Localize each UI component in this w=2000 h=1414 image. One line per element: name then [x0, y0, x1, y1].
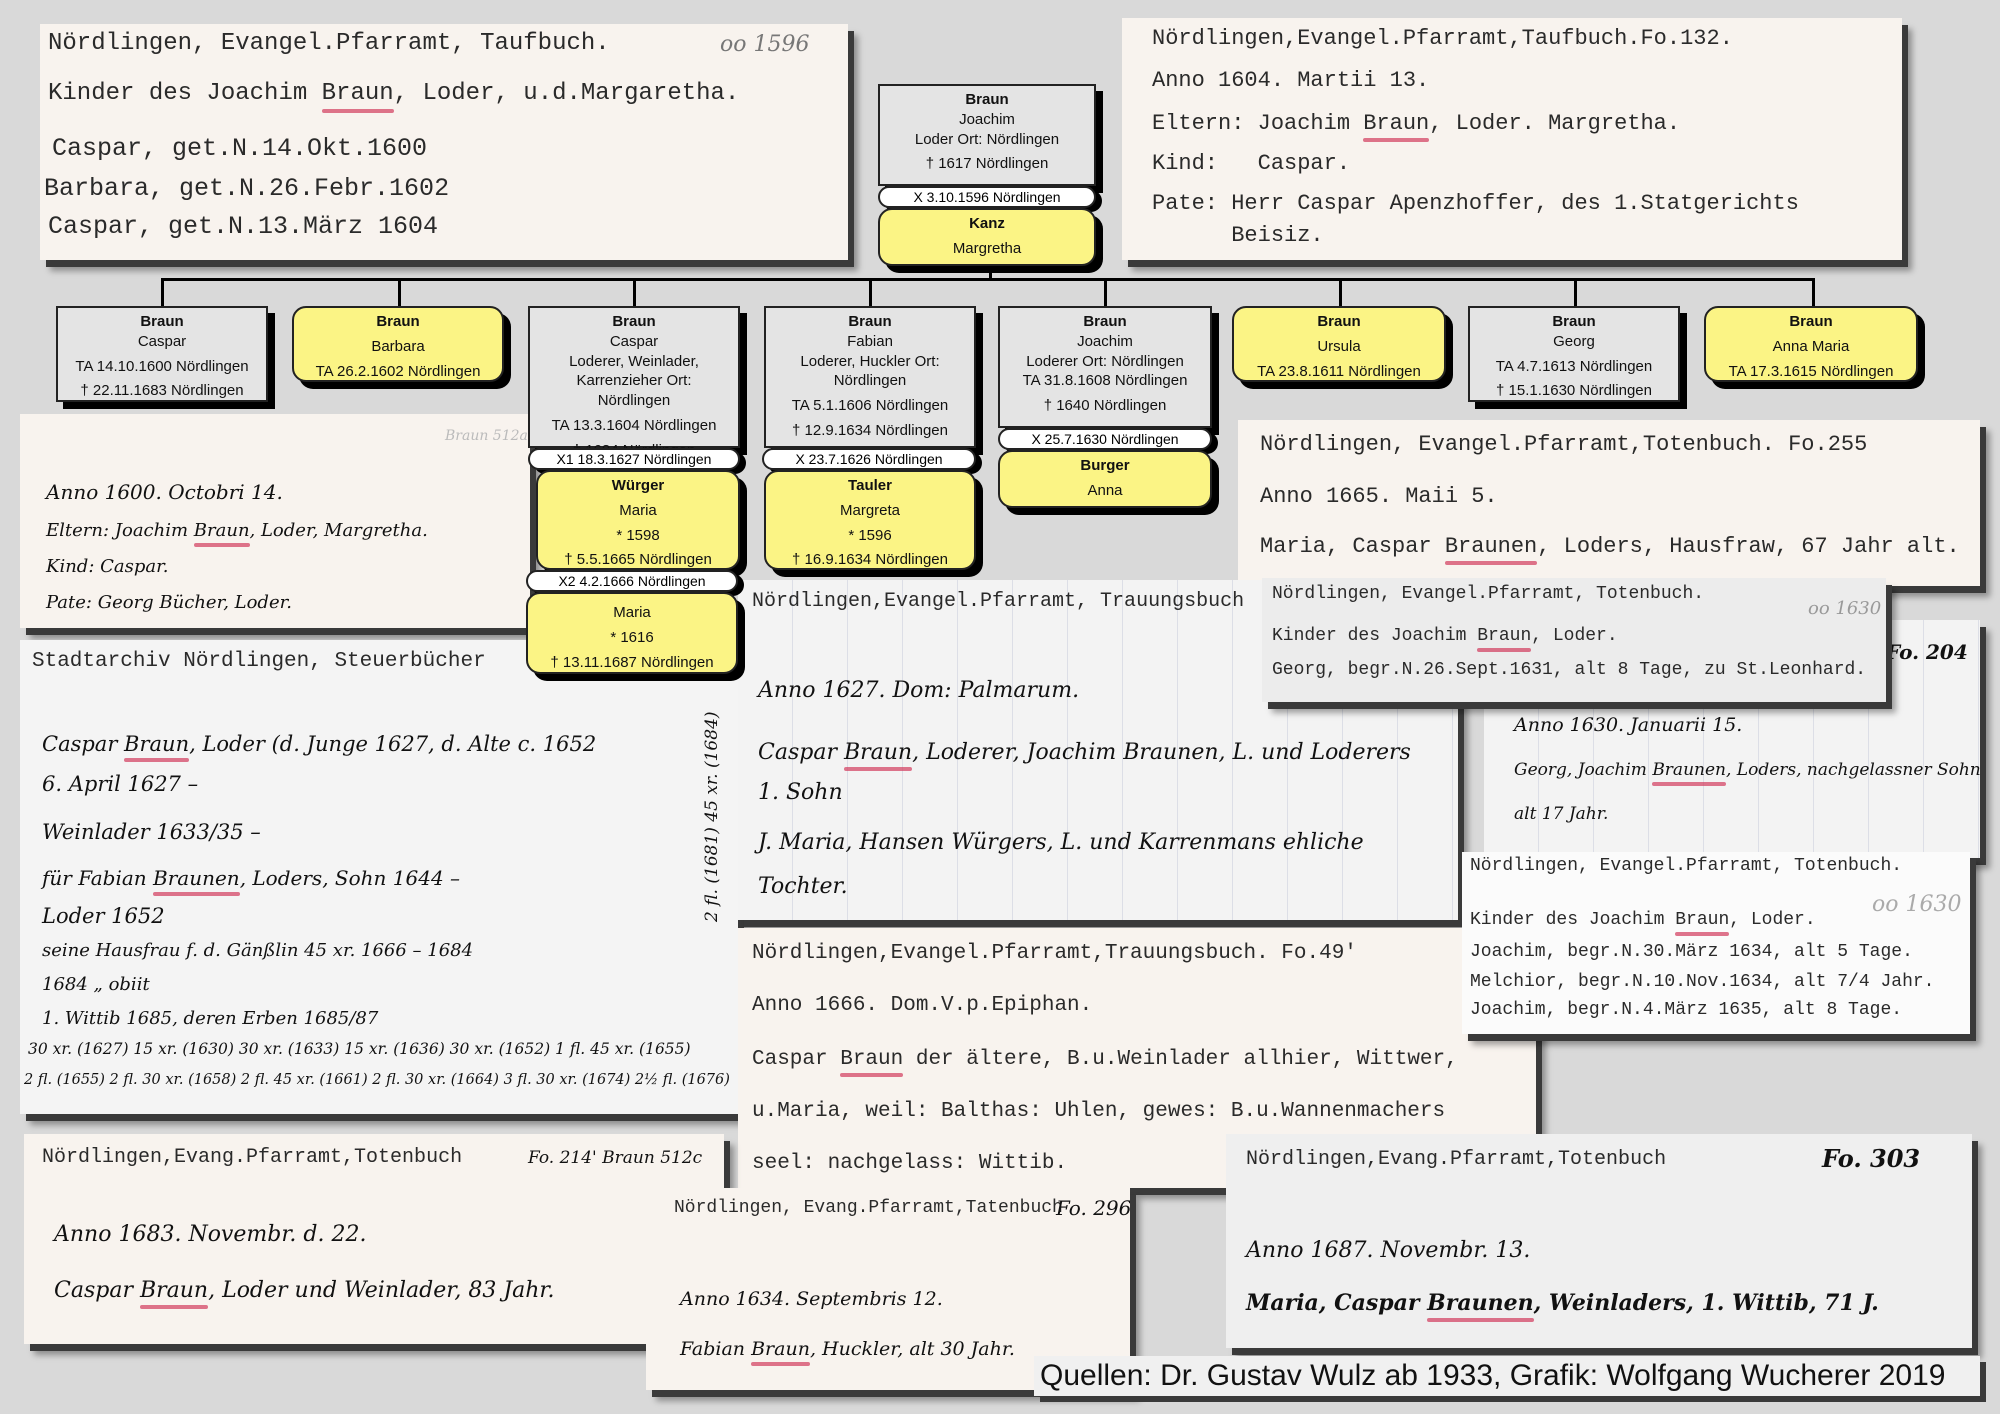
surname-underline: Braun — [322, 80, 394, 107]
surname-underline: Braun — [1363, 111, 1429, 136]
death-date: † 1617 Nördlingen — [883, 154, 1091, 174]
card-header: Nördlingen,Evang.Pfarramt,Totenbuch — [1246, 1148, 1666, 1171]
surname: Braun — [1709, 312, 1913, 332]
given-name: Georg — [1473, 332, 1675, 352]
surname: Braun — [1237, 312, 1441, 332]
card-line: Kinder des Joachim Braun, Loder. — [1470, 910, 1816, 930]
card-steuerbuecher: Stadtarchiv Nördlingen, Steuerbücher Cas… — [20, 640, 738, 1114]
card-totenbuch-1631: Nördlingen, Evangel.Pfarramt, Totenbuch.… — [1262, 578, 1886, 702]
card-line: Joachim, begr.N.4.März 1635, alt 8 Tage. — [1470, 1000, 1902, 1020]
person-box-joachim-1608[interactable]: Braun Joachim Loderer Ort: Nördlingen TA… — [998, 306, 1212, 428]
baptism-date: TA 4.7.1613 Nördlingen — [1473, 357, 1675, 377]
tree-connector — [869, 278, 872, 308]
card-note: Fo. 303 — [1822, 1144, 1920, 1173]
occupation: Loderer, Huckler Ort: Nördlingen — [769, 352, 971, 392]
card-line: Kinder des Joachim Braun, Loder, u.d.Mar… — [48, 80, 739, 107]
given-name: Margreta — [769, 501, 971, 521]
surname-underline: Braun — [140, 1278, 208, 1303]
card-line: Kind: Caspar. — [1152, 151, 1350, 176]
occupation: Loder Ort: Nördlingen — [883, 130, 1091, 150]
marriage-label: X 25.7.1630 Nördlingen — [998, 428, 1212, 450]
card-line: Kinder des Joachim Braun, Loder. — [1272, 626, 1618, 646]
surname: Braun — [297, 312, 499, 332]
surname-underline: Braun — [844, 740, 912, 765]
person-box-ursula[interactable]: Braun Ursula TA 23.8.1611 Nördlingen — [1232, 306, 1446, 382]
card-line: seine Hausfrau f. d. Gänßlin 45 xr. 1666… — [42, 940, 473, 961]
death-date: † 15.1.1630 Nördlingen — [1473, 381, 1675, 401]
card-header: Nördlingen,Evangel.Pfarramt,Taufbuch.Fo.… — [1152, 26, 1733, 51]
baptism-date: TA 5.1.1606 Nördlingen — [769, 396, 971, 416]
surname-underline: Braun — [1675, 910, 1729, 930]
card-line: Anno 1604. Martii 13. — [1152, 68, 1429, 93]
card-line: Georg, Joachim Braunen, Loders, nachgela… — [1514, 760, 1980, 780]
surname: Würger — [541, 476, 735, 496]
card-line: Pate: Georg Bücher, Loder. — [46, 592, 292, 613]
card-line: Barbara, get.N.26.Febr.1602 — [44, 174, 449, 203]
card-taufbuch-fo132: Nördlingen,Evangel.Pfarramt,Taufbuch.Fo.… — [1122, 18, 1902, 260]
tree-connector — [1104, 278, 1107, 308]
card-line: Caspar Braun, Loder (d. Junge 1627, d. A… — [42, 732, 596, 756]
marriage-label: X 3.10.1596 Nördlingen — [878, 186, 1096, 208]
given-name: Fabian — [769, 332, 971, 352]
given-name: Anna Maria — [1709, 337, 1913, 357]
given-name: Barbara — [297, 337, 499, 357]
card-note: oo 1630 — [1872, 892, 1961, 917]
tree-connector — [1339, 278, 1342, 308]
surname: Braun — [61, 312, 263, 332]
card-line: alt 17 Jahr. — [1514, 804, 1608, 824]
card-line: Weinlader 1633/35 – — [42, 820, 261, 844]
card-totenbuch-fo214: Nördlingen,Evang.Pfarramt,Totenbuch Fo. … — [24, 1134, 724, 1344]
surname: Tauler — [769, 476, 971, 496]
card-line: u.Maria, weil: Balthas: Uhlen, gewes: B.… — [752, 1100, 1445, 1123]
given-name: Anna — [1003, 481, 1207, 501]
tree-connector — [398, 278, 401, 308]
card-totenbuch-1634: Nördlingen, Evangel.Pfarramt, Totenbuch.… — [1462, 852, 1970, 1034]
surname: Braun — [1003, 312, 1207, 332]
tree-connector — [989, 268, 992, 280]
card-line: 1. Sohn — [758, 780, 843, 805]
given-name: Joachim — [883, 110, 1091, 130]
person-box-joachim-braun-sr[interactable]: Braun Joachim Loder Ort: Nördlingen † 16… — [878, 84, 1096, 186]
card-line: Anno 1600. Octobri 14. — [46, 480, 283, 504]
card-line: Caspar Braun der ältere, B.u.Weinlader a… — [752, 1048, 1458, 1071]
surname-underline: Braun — [751, 1338, 810, 1360]
card-header: Nördlingen,Evangel.Pfarramt, Trauungsbuc… — [752, 590, 1244, 613]
card-line: 6. April 1627 – — [42, 772, 198, 796]
birth-date: * 1596 — [769, 526, 971, 546]
card-note: oo 1596 — [720, 32, 809, 57]
occupation: Loderer, Weinlader, Karrenzieher Ort: Nö… — [533, 352, 735, 411]
surname: Braun — [883, 90, 1091, 110]
given-name: Joachim — [1003, 332, 1207, 352]
occupation: Loderer Ort: Nördlingen — [1003, 352, 1207, 372]
death-date: † 16.9.1634 Nördlingen — [769, 550, 971, 570]
card-note: Braun 512a — [445, 428, 528, 444]
marriage-label: X 23.7.1626 Nördlingen — [762, 448, 976, 470]
card-line: Caspar Braun, Loder und Weinlader, 83 Ja… — [54, 1278, 555, 1303]
person-box-caspar-1604[interactable]: Braun Caspar Loderer, Weinlader, Karrenz… — [528, 306, 740, 448]
person-box-georg[interactable]: Braun Georg TA 4.7.1613 Nördlingen † 15.… — [1468, 306, 1680, 402]
tree-connector — [161, 278, 164, 308]
card-line: Eltern: Joachim Braun, Loder, Margretha. — [46, 520, 428, 541]
surname-underline: Braun — [194, 520, 250, 541]
birth-date: * 1598 — [541, 526, 735, 546]
card-line: Anno 1665. Maii 5. — [1260, 484, 1498, 509]
person-box-maria-wuerger[interactable]: Würger Maria * 1598 † 5.5.1665 Nördlinge… — [536, 470, 740, 570]
surname-underline: Braunen — [1445, 534, 1537, 559]
card-line: 2 fl. (1655) 2 fl. 30 xr. (1658) 2 fl. 4… — [24, 1072, 730, 1088]
card-line: 30 xr. (1627) 15 xr. (1630) 30 xr. (1633… — [28, 1040, 691, 1058]
card-line: Joachim, begr.N.30.März 1634, alt 5 Tage… — [1470, 942, 1913, 962]
card-line: Tochter. — [758, 874, 848, 899]
card-line: für Fabian Braunen, Loders, Sohn 1644 – — [42, 866, 460, 890]
death-date: † 22.11.1683 Nördlingen — [61, 381, 263, 401]
baptism-date: TA 26.2.1602 Nördlingen — [297, 362, 499, 382]
card-line: Melchior, begr.N.10.Nov.1634, alt 7/4 Ja… — [1470, 972, 1934, 992]
card-line: 1684 „ obiit — [42, 974, 150, 995]
card-header: Nördlingen, Evangel.Pfarramt,Totenbuch. … — [1260, 432, 1867, 457]
credits-caption: Quellen: Dr. Gustav Wulz ab 1933, Grafik… — [1034, 1356, 1980, 1396]
card-line: Anno 1666. Dom.V.p.Epiphan. — [752, 994, 1092, 1017]
baptism-date: TA 31.8.1608 Nördlingen — [1003, 371, 1207, 391]
given-name: Maria — [531, 603, 733, 623]
baptism-date: TA 23.8.1611 Nördlingen — [1237, 362, 1441, 382]
person-box-fabian[interactable]: Braun Fabian Loderer, Huckler Ort: Nördl… — [764, 306, 976, 448]
person-box-maria-second-wife[interactable]: Maria * 1616 † 13.11.1687 Nördlingen — [526, 592, 738, 674]
surname-underline: Braunen — [1652, 760, 1726, 780]
marriage-label: X2 4.2.1666 Nördlingen — [526, 570, 738, 592]
card-side-note: 2 fl. (1681) 45 xr. (1684) — [702, 711, 722, 922]
person-box-caspar-1600[interactable]: Braun Caspar TA 14.10.1600 Nördlingen † … — [56, 306, 268, 402]
tree-connector — [1574, 278, 1577, 308]
surname-underline: Braun — [840, 1048, 903, 1071]
card-line: seel: nachgelass: Wittib. — [752, 1152, 1067, 1175]
card-line: Anno 1630. Januarii 15. — [1514, 714, 1742, 736]
card-note: oo 1630 — [1808, 598, 1881, 619]
card-line: Anno 1634. Septembris 12. — [680, 1288, 943, 1310]
card-line: Caspar, get.N.14.Okt.1600 — [52, 134, 427, 163]
tree-connector — [1812, 278, 1815, 308]
card-note: Fo. 204 — [1886, 640, 1968, 664]
card-taufbuch-kinder: Nördlingen, Evangel.Pfarramt, Taufbuch. … — [40, 24, 848, 260]
given-name: Caspar — [61, 332, 263, 352]
surname: Braun — [769, 312, 971, 332]
card-note: Fo. 296! — [1056, 1196, 1130, 1220]
given-name: Maria — [541, 501, 735, 521]
person-box-margretha-kanz[interactable]: Kanz Margretha — [878, 208, 1096, 266]
card-line: Anno 1627. Dom: Palmarum. — [758, 678, 1079, 703]
card-line: Kind: Caspar. — [46, 556, 168, 577]
birth-date: * 1616 — [531, 628, 733, 648]
person-box-margreta-tauler[interactable]: Tauler Margreta * 1596 † 16.9.1634 Nördl… — [764, 470, 976, 570]
tree-connector — [161, 278, 1813, 281]
card-header: Nördlingen, Evang.Pfarramt,Tatenbuch — [674, 1198, 1063, 1218]
death-date: † 13.11.1687 Nördlingen — [531, 653, 733, 673]
baptism-date: TA 14.10.1600 Nördlingen — [61, 357, 263, 377]
surname-underline: Braunen — [153, 866, 240, 890]
card-line: Georg, begr.N.26.Sept.1631, alt 8 Tage, … — [1272, 660, 1866, 680]
card-header: Nördlingen,Evangel.Pfarramt,Trauungsbuch… — [752, 942, 1357, 965]
card-taufe-1600: Braun 512a Anno 1600. Octobri 14. Eltern… — [20, 414, 530, 628]
card-totenbuch-fo255: Nördlingen, Evangel.Pfarramt,Totenbuch. … — [1238, 420, 1980, 586]
card-line: J. Maria, Hansen Würgers, L. und Karrenm… — [758, 830, 1364, 855]
given-name: Margretha — [883, 239, 1091, 259]
surname: Burger — [1003, 456, 1207, 476]
surname: Kanz — [883, 214, 1091, 234]
surname-underline: Braun — [124, 732, 189, 756]
surname: Braun — [533, 312, 735, 332]
given-name: Ursula — [1237, 337, 1441, 357]
card-line: Anno 1687. Novembr. 13. — [1246, 1238, 1530, 1263]
baptism-date: TA 17.3.1615 Nördlingen — [1709, 362, 1913, 382]
card-line: Loder 1652 — [42, 904, 165, 928]
card-line: Maria, Caspar Braunen, Loders, Hausfraw,… — [1260, 534, 1960, 559]
tree-connector — [633, 278, 636, 308]
person-box-barbara[interactable]: Braun Barbara TA 26.2.1602 Nördlingen — [292, 306, 504, 382]
card-header: Nördlingen, Evangel.Pfarramt, Taufbuch. — [48, 30, 610, 57]
card-line: Pate: Herr Caspar Apenzhoffer, des 1.Sta… — [1152, 191, 1799, 216]
card-header: Nördlingen, Evangel.Pfarramt, Totenbuch. — [1470, 856, 1902, 876]
surname-underline: Braunen — [1427, 1290, 1533, 1316]
card-header: Nördlingen,Evang.Pfarramt,Totenbuch — [42, 1146, 462, 1169]
person-box-anna-maria[interactable]: Braun Anna Maria TA 17.3.1615 Nördlingen — [1704, 306, 1918, 382]
marriage-label: X1 18.3.1627 Nördlingen — [528, 448, 740, 470]
card-totenbuch-fo303: Nördlingen,Evang.Pfarramt,Totenbuch Fo. … — [1226, 1134, 1972, 1348]
card-line: Anno 1683. Novembr. d. 22. — [54, 1222, 366, 1247]
death-date: † 5.5.1665 Nördlingen — [541, 550, 735, 570]
card-line: 1. Wittib 1685, deren Erben 1685/87 — [42, 1008, 378, 1029]
card-line: Beisiz. — [1152, 223, 1324, 248]
surname-underline: Braun — [1477, 626, 1531, 646]
given-name: Caspar — [533, 332, 735, 352]
card-line: Maria, Caspar Braunen, Weinladers, 1. Wi… — [1246, 1290, 1879, 1316]
death-date: † 1640 Nördlingen — [1003, 396, 1207, 416]
baptism-date: TA 13.3.1604 Nördlingen — [533, 416, 735, 436]
card-header: Stadtarchiv Nördlingen, Steuerbücher — [32, 650, 486, 673]
card-line: Fabian Braun, Huckler, alt 30 Jahr. — [680, 1338, 1015, 1360]
card-line: Caspar Braun, Loderer, Joachim Braunen, … — [758, 740, 1411, 765]
card-line: Eltern: Joachim Braun, Loder. Margretha. — [1152, 111, 1680, 136]
card-note: Fo. 214' Braun 512c — [528, 1148, 702, 1168]
surname: Braun — [1473, 312, 1675, 332]
card-header: Nördlingen, Evangel.Pfarramt, Totenbuch. — [1272, 584, 1704, 604]
card-line: Caspar, get.N.13.März 1604 — [48, 212, 438, 241]
death-date: † 12.9.1634 Nördlingen — [769, 421, 971, 441]
person-box-anna-burger[interactable]: Burger Anna — [998, 450, 1212, 508]
